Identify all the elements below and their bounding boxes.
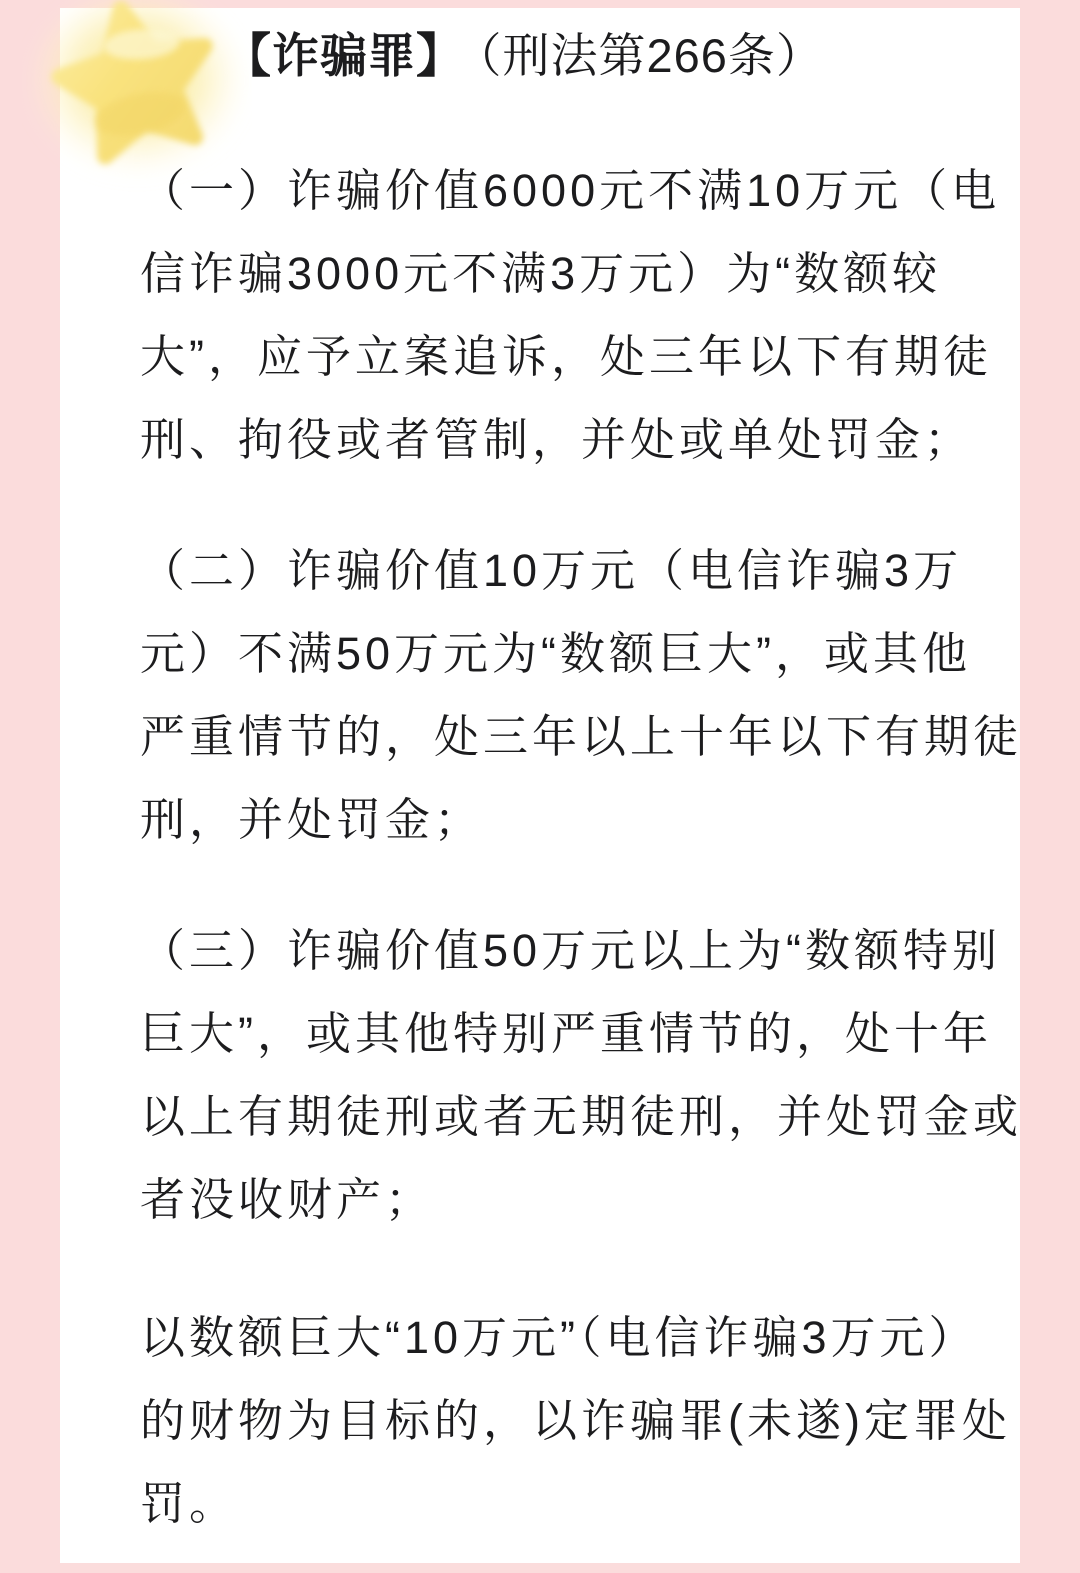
text-line: 刑，并处罚金；: [140, 778, 940, 861]
text-line: （一）诈骗价值6000元不满10万元（电: [140, 149, 940, 232]
text-line: 以上有期徒刑或者无期徒刑，并处罚金或: [140, 1075, 940, 1158]
text-line: 刑、拘役或者管制，并处或单处罚金；: [140, 398, 940, 481]
clause-paragraph-3: （三）诈骗价值50万元以上为“数额特别 巨大”，或其他特别严重情节的，处十年 以…: [140, 909, 940, 1241]
text-line: （二）诈骗价值10万元（电信诈骗3万: [140, 529, 940, 612]
text-line: 的财物为目标的，以诈骗罪(未遂)定罪处: [140, 1379, 940, 1462]
clause-paragraph-2: （二）诈骗价值10万元（电信诈骗3万 元）不满50万元为“数额巨大”，或其他 严…: [140, 529, 940, 861]
page-title: 【诈骗罪】（刑法第266条）: [140, 8, 940, 86]
text-line: 元）不满50万元为“数额巨大”，或其他: [140, 612, 940, 695]
text-line: 严重情节的，处三年以上十年以下有期徒: [140, 695, 940, 778]
text-line: 大”，应予立案追诉，处三年以下有期徒: [140, 315, 940, 398]
text-line: 巨大”，或其他特别严重情节的，处十年: [140, 992, 940, 1075]
text-line: 以数额巨大“10万元”（电信诈骗3万元）: [140, 1296, 940, 1379]
clause-paragraph-1: （一）诈骗价值6000元不满10万元（电 信诈骗3000元不满3万元）为“数额较…: [140, 149, 940, 481]
text-line: 信诈骗3000元不满3万元）为“数额较: [140, 232, 940, 315]
text-line: 罚。: [140, 1462, 940, 1545]
title-crime-name: 【诈骗罪】: [224, 29, 464, 82]
clause-paragraph-4: 以数额巨大“10万元”（电信诈骗3万元） 的财物为目标的，以诈骗罪(未遂)定罪处…: [140, 1296, 940, 1545]
title-law-reference: （刑法第266条）: [478, 29, 824, 82]
text-line: （三）诈骗价值50万元以上为“数额特别: [140, 909, 940, 992]
content-card: 【诈骗罪】（刑法第266条） （一）诈骗价值6000元不满10万元（电 信诈骗3…: [60, 8, 1020, 1563]
text-line: 者没收财产；: [140, 1158, 940, 1241]
